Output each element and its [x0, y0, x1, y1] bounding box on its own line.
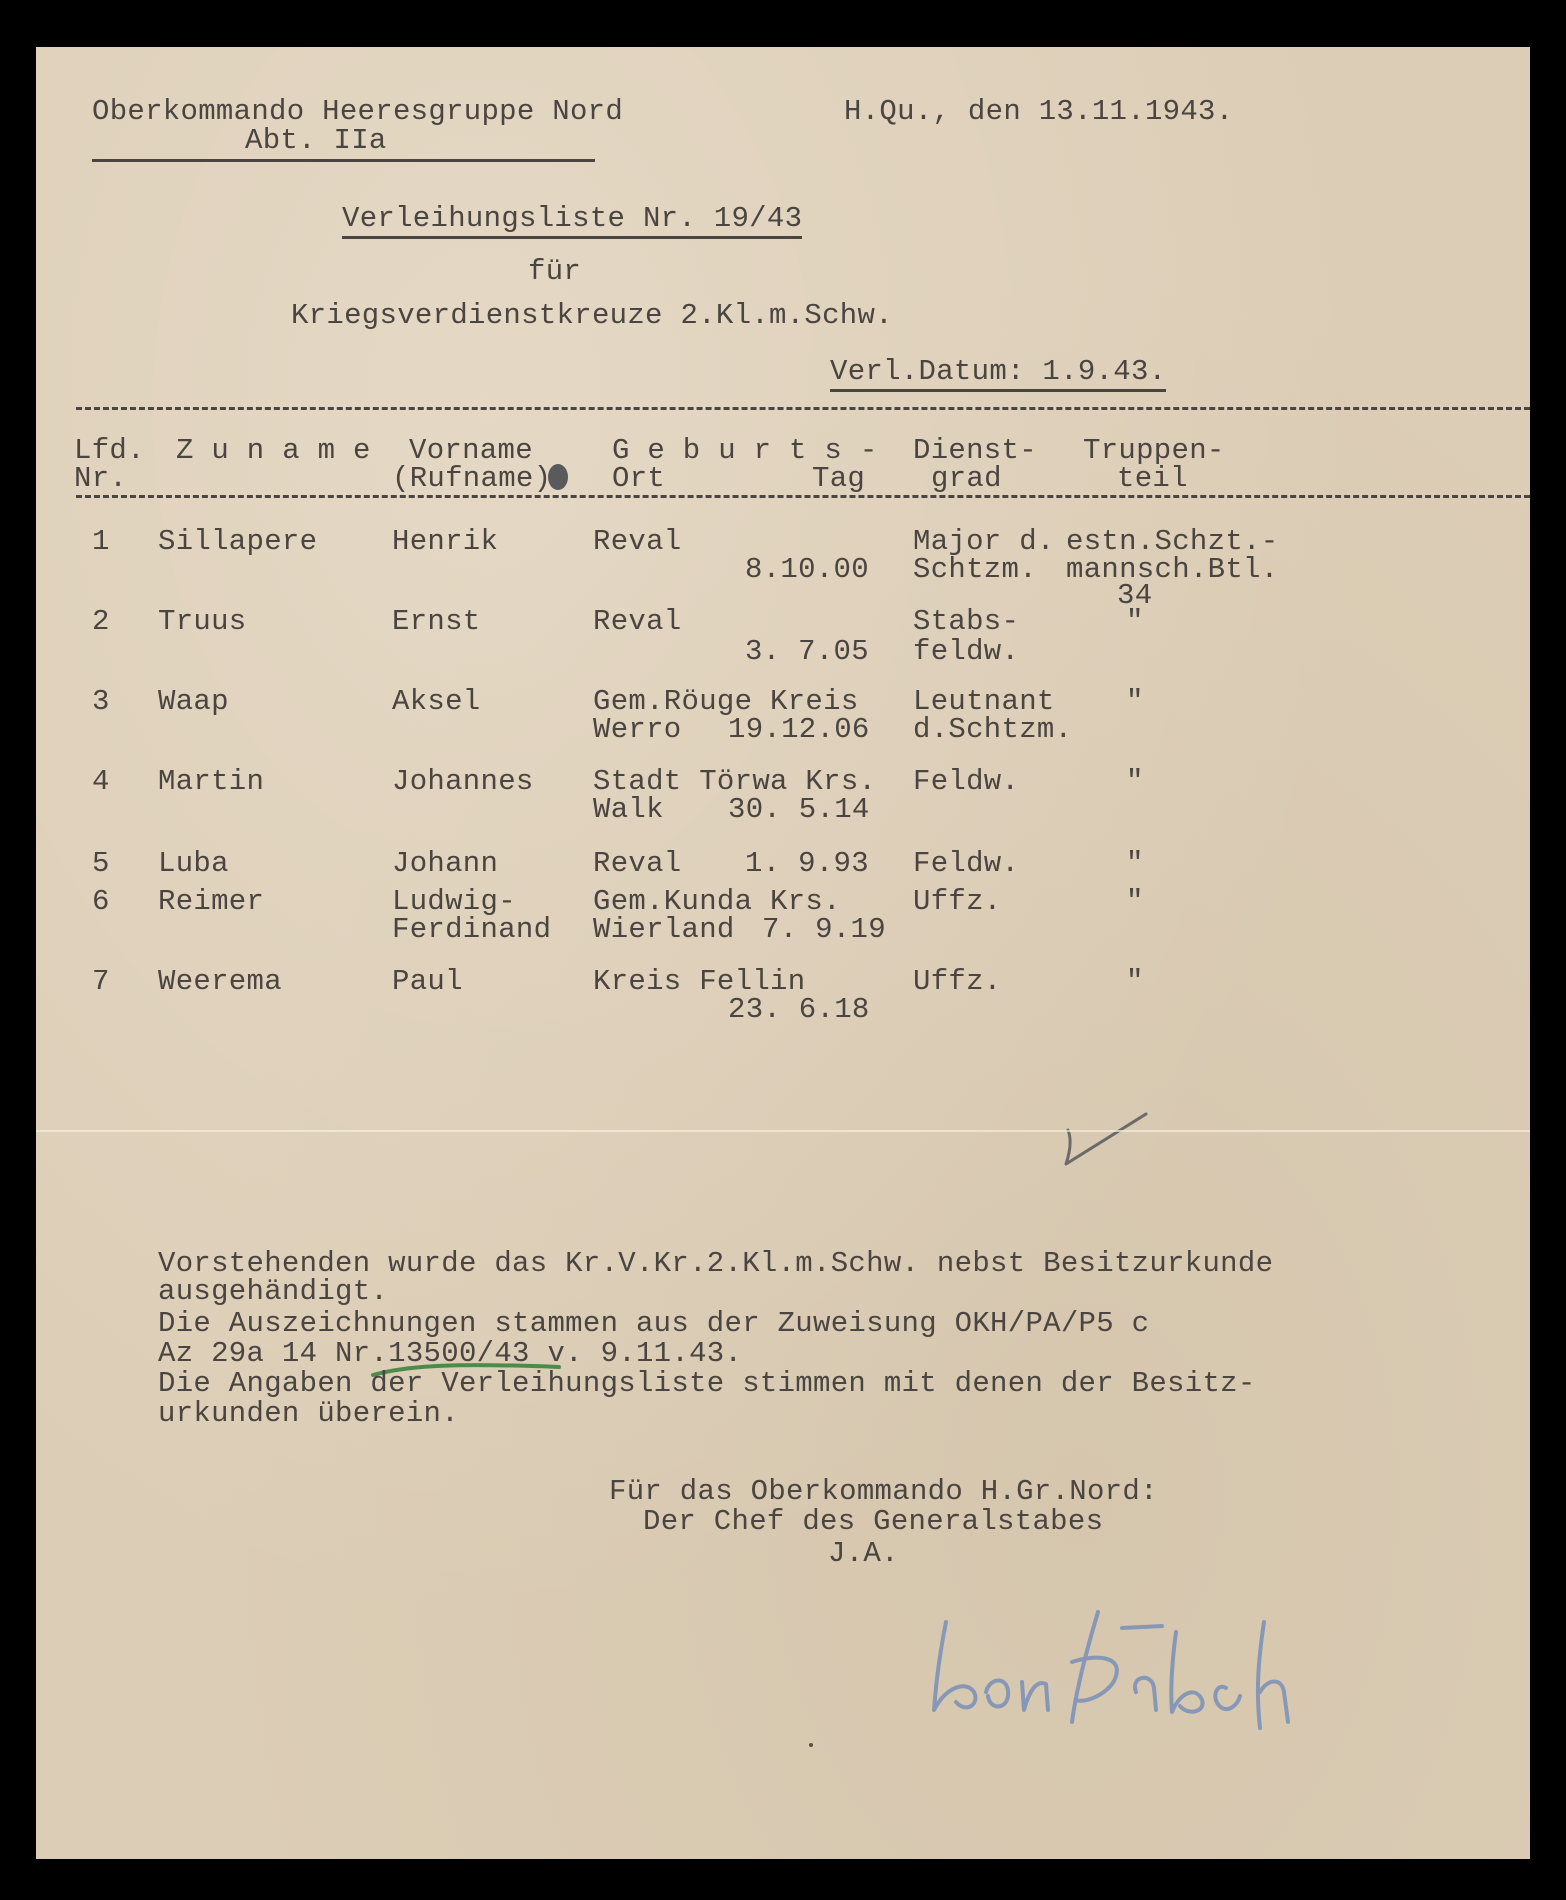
row-nr: 4	[92, 765, 110, 798]
row-dienstgrad-2: d.Schtzm.	[913, 713, 1072, 746]
signature-line-3: J.A.	[828, 1537, 899, 1570]
row-truppenteil-ditto: "	[1126, 685, 1144, 718]
row-tag: 19.12.06	[728, 713, 870, 746]
paper-fold	[36, 1130, 1530, 1132]
document-page: Oberkommando Heeresgruppe Nord Abt. IIa …	[36, 47, 1530, 1859]
award-name: Kriegsverdienstkreuze 2.Kl.m.Schw.	[291, 299, 893, 332]
body-line-2: ausgehändigt.	[158, 1275, 388, 1308]
row-dienstgrad: Uffz.	[913, 965, 1002, 998]
award-date: Verl.Datum: 1.9.43.	[830, 355, 1166, 392]
row-vorname: Aksel	[392, 685, 481, 718]
paper-speck	[809, 1743, 813, 1747]
col-header-vorname-2: (Rufname)	[392, 462, 551, 495]
row-zuname: Martin	[158, 765, 264, 798]
row-nr: 5	[92, 847, 110, 880]
row-truppenteil-2: mannsch.Btl.	[1066, 553, 1278, 586]
row-vorname: Henrik	[392, 525, 498, 558]
row-zuname: Waap	[158, 685, 229, 718]
row-truppenteil-ditto: "	[1126, 965, 1144, 998]
org-line-2: Abt. IIa	[245, 124, 387, 157]
place-date: H.Qu., den 13.11.1943.	[844, 95, 1233, 128]
row-dienstgrad: Feldw.	[913, 765, 1019, 798]
row-ort-2: Walk	[593, 793, 664, 826]
row-nr: 2	[92, 605, 110, 638]
col-header-zuname: Z u n a m e	[176, 434, 371, 467]
row-vorname-2: Ferdinand	[392, 913, 551, 946]
list-title: Verleihungsliste Nr. 19/43	[342, 202, 802, 239]
row-dienstgrad: Feldw.	[913, 847, 1019, 880]
row-zuname: Luba	[158, 847, 229, 880]
row-zuname: Truus	[158, 605, 247, 638]
row-dienstgrad: Uffz.	[913, 885, 1002, 918]
col-header-geburts-ort: Ort	[612, 462, 665, 495]
col-header-dienstgrad-2: grad	[931, 462, 1002, 495]
handwritten-signature-icon	[926, 1592, 1346, 1732]
row-nr: 1	[92, 525, 110, 558]
row-dienstgrad-2: Schtzm.	[913, 553, 1037, 586]
row-ort: Reval	[593, 605, 682, 638]
row-zuname: Weerema	[158, 965, 282, 998]
row-zuname: Reimer	[158, 885, 264, 918]
row-truppenteil-ditto: "	[1126, 605, 1144, 638]
row-truppenteil-ditto: "	[1126, 885, 1144, 918]
row-ort: Reval	[593, 525, 682, 558]
row-vorname: Johann	[392, 847, 498, 880]
row-vorname: Johannes	[392, 765, 534, 798]
body-line-5: Die Angaben der Verleihungsliste stimmen…	[158, 1367, 1256, 1400]
row-ort: Reval	[593, 847, 682, 880]
row-tag: 30. 5.14	[728, 793, 870, 826]
header-underline	[92, 159, 595, 162]
col-header-lfd-2: Nr.	[74, 462, 127, 495]
body-line-6: urkunden überein.	[158, 1397, 459, 1430]
row-vorname: Ernst	[392, 605, 481, 638]
row-ort-2: Wierland	[593, 913, 735, 946]
row-vorname: Paul	[392, 965, 463, 998]
col-header-truppenteil-2: teil	[1117, 462, 1188, 495]
ink-blot	[548, 464, 568, 490]
row-tag: 7. 9.19	[762, 913, 886, 946]
body-line-3: Die Auszeichnungen stammen aus der Zuwei…	[158, 1307, 1149, 1340]
checkmark-icon	[1064, 1112, 1154, 1172]
row-tag: 8.10.00	[745, 553, 869, 586]
row-nr: 7	[92, 965, 110, 998]
row-dienstgrad-1: Stabs-	[913, 605, 1019, 638]
table-rule-top	[76, 407, 1530, 410]
for-label: für	[528, 255, 581, 288]
row-ort-2: Werro	[593, 713, 682, 746]
signature-line-2: Der Chef des Generalstabes	[643, 1505, 1103, 1538]
row-nr: 3	[92, 685, 110, 718]
row-truppenteil-ditto: "	[1126, 847, 1144, 880]
row-truppenteil-ditto: "	[1126, 765, 1144, 798]
row-dienstgrad-2: feldw.	[913, 635, 1019, 668]
row-tag: 1. 9.93	[745, 847, 869, 880]
row-tag: 23. 6.18	[728, 993, 870, 1026]
col-header-geburts-tag: Tag	[812, 462, 865, 495]
row-nr: 6	[92, 885, 110, 918]
row-zuname: Sillapere	[158, 525, 317, 558]
row-tag: 3. 7.05	[745, 635, 869, 668]
signature-line-1: Für das Oberkommando H.Gr.Nord:	[609, 1475, 1158, 1508]
table-rule-bottom	[76, 495, 1530, 498]
